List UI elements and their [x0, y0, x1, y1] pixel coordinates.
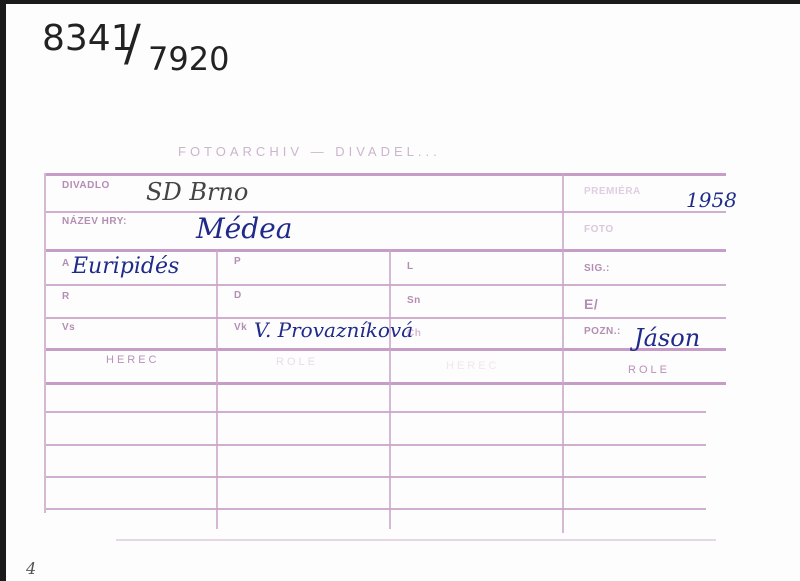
a-label: A: [62, 258, 70, 269]
stamp-header: FOTOARCHIV — DIVADEL...: [178, 144, 441, 159]
pozn-label: POZN.:: [584, 326, 621, 337]
vs-label: Vs: [62, 322, 75, 333]
r-label: R: [62, 291, 70, 302]
row-line: [116, 539, 716, 541]
row-line: [46, 476, 706, 478]
herec-header: HEREC: [106, 354, 160, 366]
row-line: [46, 284, 726, 286]
nazev-hry-label: NÁZEV HRY:: [62, 216, 127, 227]
vk-value: V. Provazníková: [254, 318, 413, 342]
premiera-label: PREMIÉRA: [584, 186, 641, 197]
nazev-hry-value: Médea: [196, 212, 292, 245]
role-header: ROLE: [276, 356, 318, 368]
column-line: [389, 249, 391, 529]
row-line: [46, 508, 706, 510]
premiera-value: 1958: [686, 188, 737, 212]
row-line: [46, 249, 726, 252]
column-line: [562, 173, 564, 533]
divadlo-label: DIVADLO: [62, 180, 110, 191]
column-line: [216, 249, 218, 529]
l-label: L: [407, 261, 414, 272]
row-line: [46, 411, 706, 413]
pozn-value: Jáson: [634, 324, 700, 352]
row-line: [46, 382, 726, 385]
e-label: E/: [584, 296, 598, 312]
sig-label: SIG.:: [584, 263, 610, 274]
herec-header: HEREC: [446, 360, 500, 372]
author-value: Euripidés: [72, 254, 179, 279]
role-header: ROLE: [628, 364, 670, 376]
sn-label: Sn: [407, 295, 421, 306]
archive-card: 8341 / 7920 FOTOARCHIV — DIVADEL... DIVA…: [6, 4, 800, 581]
row-line: [46, 211, 726, 213]
row-line: [46, 444, 706, 446]
card-top-border: [46, 173, 726, 176]
number-separator: /: [124, 14, 141, 72]
bottom-mark: 4: [26, 559, 36, 578]
secondary-number: 7920: [148, 40, 229, 78]
card-left-border: [44, 173, 46, 513]
inventory-number: 8341: [42, 18, 134, 59]
d-label: D: [234, 290, 242, 301]
foto-label: FOTO: [584, 224, 614, 235]
divadlo-value: SD Brno: [146, 178, 248, 206]
p-label: P: [234, 256, 241, 267]
row-line: [46, 348, 726, 351]
vk-label: Vk: [234, 322, 247, 333]
